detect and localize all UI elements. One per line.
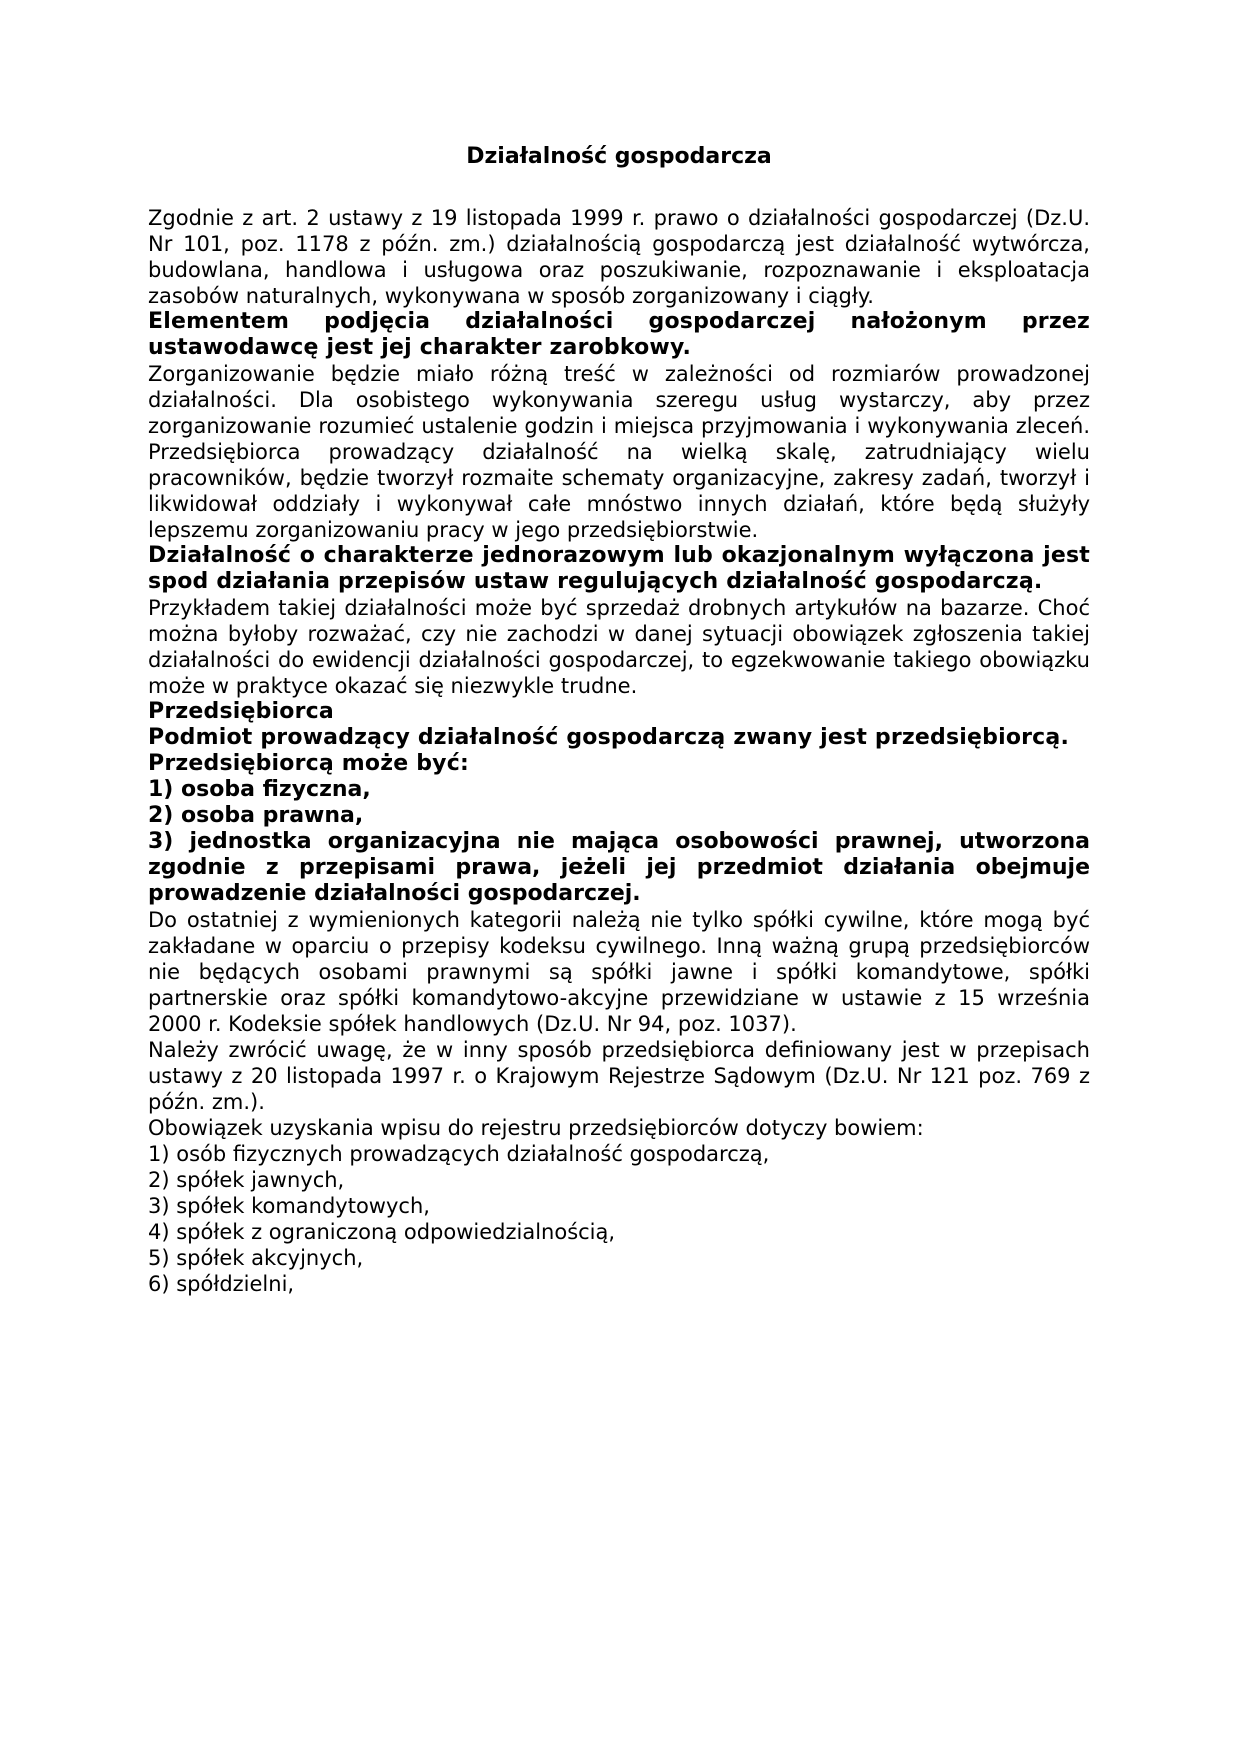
paragraph-bazaar-example: Przykładem takiej działalności może być … bbox=[148, 595, 1090, 699]
list-item: 3) jednostka organizacyjna nie mająca os… bbox=[148, 829, 1090, 907]
list-item: 3) spółek komandytowych, bbox=[148, 1193, 1090, 1219]
list-item: 2) spółek jawnych, bbox=[148, 1167, 1090, 1193]
paragraph-krs-definition: Należy zwrócić uwagę, że w inny sposób p… bbox=[148, 1037, 1090, 1115]
paragraph-definition: Zgodnie z art. 2 ustawy z 19 listopada 1… bbox=[148, 205, 1090, 309]
document-body: Zgodnie z art. 2 ustawy z 19 listopada 1… bbox=[148, 205, 1090, 1297]
document-title: Działalność gospodarcza bbox=[148, 144, 1090, 170]
list-item: 2) osoba prawna, bbox=[148, 803, 1090, 829]
paragraph-organization: Zorganizowanie będzie miało różną treść … bbox=[148, 361, 1090, 543]
section-heading-entrepreneur: Przedsiębiorca bbox=[148, 699, 1090, 725]
paragraph-registry-obligation: Obowiązek uzyskania wpisu do rejestru pr… bbox=[148, 1115, 1090, 1141]
paragraph-earning-element: Elementem podjęcia działalności gospodar… bbox=[148, 309, 1090, 361]
registry-list: 1) osób fizycznych prowadzących działaln… bbox=[148, 1141, 1090, 1297]
paragraph-entrepreneur-can-be: Przedsiębiorcą może być: bbox=[148, 751, 1090, 777]
list-item: 1) osób fizycznych prowadzących działaln… bbox=[148, 1141, 1090, 1167]
list-item: 1) osoba fizyczna, bbox=[148, 777, 1090, 803]
list-item: 5) spółek akcyjnych, bbox=[148, 1245, 1090, 1271]
entrepreneur-types-list: 1) osoba fizyczna, 2) osoba prawna, 3) j… bbox=[148, 777, 1090, 907]
paragraph-partnerships: Do ostatniej z wymienionych kategorii na… bbox=[148, 907, 1090, 1037]
list-item: 4) spółek z ograniczoną odpowiedzialnośc… bbox=[148, 1219, 1090, 1245]
paragraph-entrepreneur-definition: Podmiot prowadzący działalność gospodarc… bbox=[148, 725, 1090, 751]
paragraph-one-time-exclusion: Działalność o charakterze jednorazowym l… bbox=[148, 543, 1090, 595]
list-item: 6) spółdzielni, bbox=[148, 1271, 1090, 1297]
